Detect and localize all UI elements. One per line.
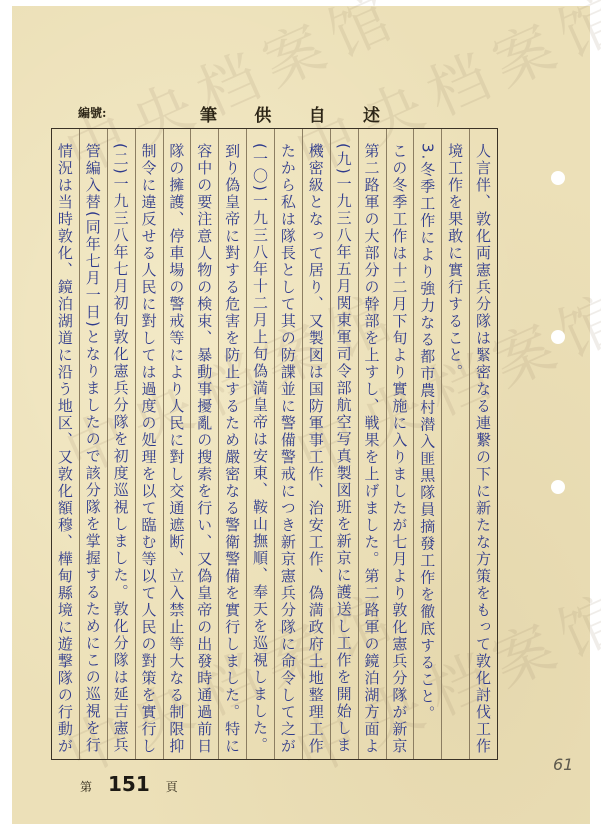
handwritten-text-grid: 人言伴、敦化両憲兵分隊は緊密なる連繋の下に新たな方策をもって敦化討伐工作に呼應し… [51,128,498,760]
text-column: 3.冬季工作により強力なる都市農村潜入匪黒隊員摘發工作を徹底すること。 [413,129,441,759]
title-char: 筆 [200,101,217,126]
text-column: 境工作を果敢に實行すること。 [441,129,469,759]
text-column: 隊の擁護、停車場の警戒等により人民に對し交通遮断、立入禁止等大なる制限抑壓を加え… [163,129,191,759]
text-column: この冬季工作は十二月下旬より實施に入りましたが七月より敦化憲兵分隊が新京憲兵隊に… [386,129,414,759]
title-char: 述 [363,101,380,126]
text-column: (一〇)一九三八年十二月上旬偽満皇帝は安東、鞍山撫順、奉天を巡視しました。此の時… [246,129,274,759]
page-footer: 第 151 頁 [80,772,178,796]
page-number: 151 [108,772,150,796]
text-column: 到り偽皇帝に對する危害を防止するため嚴密なる警衛警備を實行しました。特に事前に政… [218,129,246,759]
title-char: 供 [254,101,271,126]
archive-folio-number: 61 [553,755,573,774]
text-column: 情況は当時敦化、鏡泊湖道に沿う地区、又敦化額穆、樺甸縣境に遊撃隊の行動が活潑に行… [52,129,79,759]
title-char: 自 [309,101,326,126]
text-column: 人言伴、敦化両憲兵分隊は緊密なる連繋の下に新たな方策をもって敦化討伐工作に呼應し… [469,129,497,759]
form-title: 筆 供 自 述 [200,101,380,126]
text-column: 第二路軍の大部分の幹部を上すし、戦果を上げました。第二路軍の鏡泊湖方面より南方へ… [358,129,386,759]
page-prefix: 第 [80,778,92,795]
page-suffix: 頁 [166,778,178,795]
binding-hole [551,171,565,185]
text-column: 制令に違反せる人民に對しては過度の処理を以て臨む等以て人民の對策を實行しました。 [135,129,163,759]
text-column: 管編入替(同年七月一日)となりましたので該分隊を掌握するためにこの巡視を行いまし… [79,129,107,759]
binding-hole [551,330,565,344]
text-column: (二)一九三八年七月初旬敦化憲兵分隊を初度巡視しました。敦化分隊は延吉憲兵隊より… [107,129,135,759]
text-column: 容中の要注意人物の検束、暴動事擾亂の搜索を行い、又偽皇帝の出發時通過前日交通整理… [190,129,218,759]
text-column: (九)一九三八年五月関東軍司令部航空写真製図班を新京に護送し工作を開始しました。… [330,129,358,759]
binding-hole [551,480,565,494]
text-column: 機密級となって居り、又製図は国防軍事工作、治安工作、偽満政府土地整理工作に必要欠… [302,129,330,759]
file-number-label: 編號: [78,104,106,121]
text-column: たから私は隊長として其の防諜並に警備警戒につき新京憲兵分隊に命令して之が任務に当… [274,129,302,759]
